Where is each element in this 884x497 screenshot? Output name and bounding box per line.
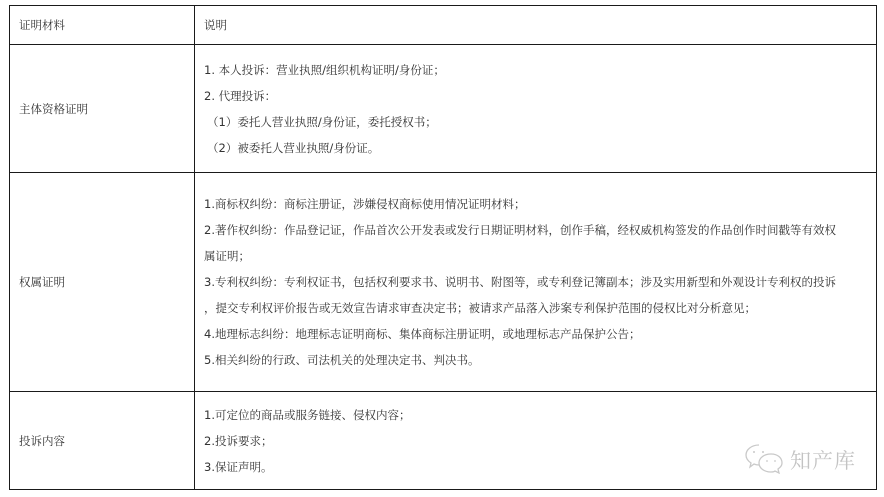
- wechat-icon: [744, 442, 784, 478]
- watermark: 知产库: [744, 442, 856, 478]
- row-label: 投诉内容: [10, 392, 195, 490]
- table-header-row: 证明材料 说明: [10, 6, 877, 45]
- row-description: 1.商标权纠纷：商标注册证，涉嫌侵权商标使用情况证明材料； 2.著作权纠纷：作品…: [195, 173, 877, 392]
- description-line: 1. 本人投诉：营业执照/组织机构证明/身份证；: [204, 57, 868, 83]
- description-line: 2.著作权纠纷：作品登记证，作品首次公开发表或发行日期证明材料，创作手稿，经权威…: [204, 217, 868, 243]
- evidence-table: 证明材料 说明 主体资格证明 1. 本人投诉：营业执照/组织机构证明/身份证； …: [9, 5, 877, 490]
- header-desc-cell: 说明: [195, 6, 877, 45]
- description-line: ，提交专利权评价报告或无效宣告请求审查决定书；被请求产品落入涉案专利保护范围的侵…: [204, 295, 868, 321]
- description-line: （1）委托人营业执照/身份证，委托授权书；: [204, 109, 868, 135]
- row-label: 权属证明: [10, 173, 195, 392]
- table-row: 权属证明 1.商标权纠纷：商标注册证，涉嫌侵权商标使用情况证明材料； 2.著作权…: [10, 173, 877, 392]
- description-line: 3.专利权纠纷：专利权证书，包括权利要求书、说明书、附图等，或专利登记簿副本；涉…: [204, 269, 868, 295]
- description-line: 1.商标权纠纷：商标注册证，涉嫌侵权商标使用情况证明材料；: [204, 191, 868, 217]
- description-line: （2）被委托人营业执照/身份证。: [204, 135, 868, 161]
- description-line: 5.相关纠纷的行政、司法机关的处理决定书、判决书。: [204, 347, 868, 373]
- watermark-text: 知产库: [790, 445, 856, 475]
- row-label: 主体资格证明: [10, 45, 195, 173]
- description-line: 4.地理标志纠纷：地理标志证明商标、集体商标注册证明，或地理标志产品保护公告；: [204, 321, 868, 347]
- description-line: 2. 代理投诉：: [204, 83, 868, 109]
- description-line: 属证明；: [204, 243, 868, 269]
- description-line: 1.可定位的商品或服务链接、侵权内容；: [204, 402, 868, 428]
- table-row: 主体资格证明 1. 本人投诉：营业执照/组织机构证明/身份证； 2. 代理投诉：…: [10, 45, 877, 173]
- row-description: 1. 本人投诉：营业执照/组织机构证明/身份证； 2. 代理投诉： （1）委托人…: [195, 45, 877, 173]
- header-label-cell: 证明材料: [10, 6, 195, 45]
